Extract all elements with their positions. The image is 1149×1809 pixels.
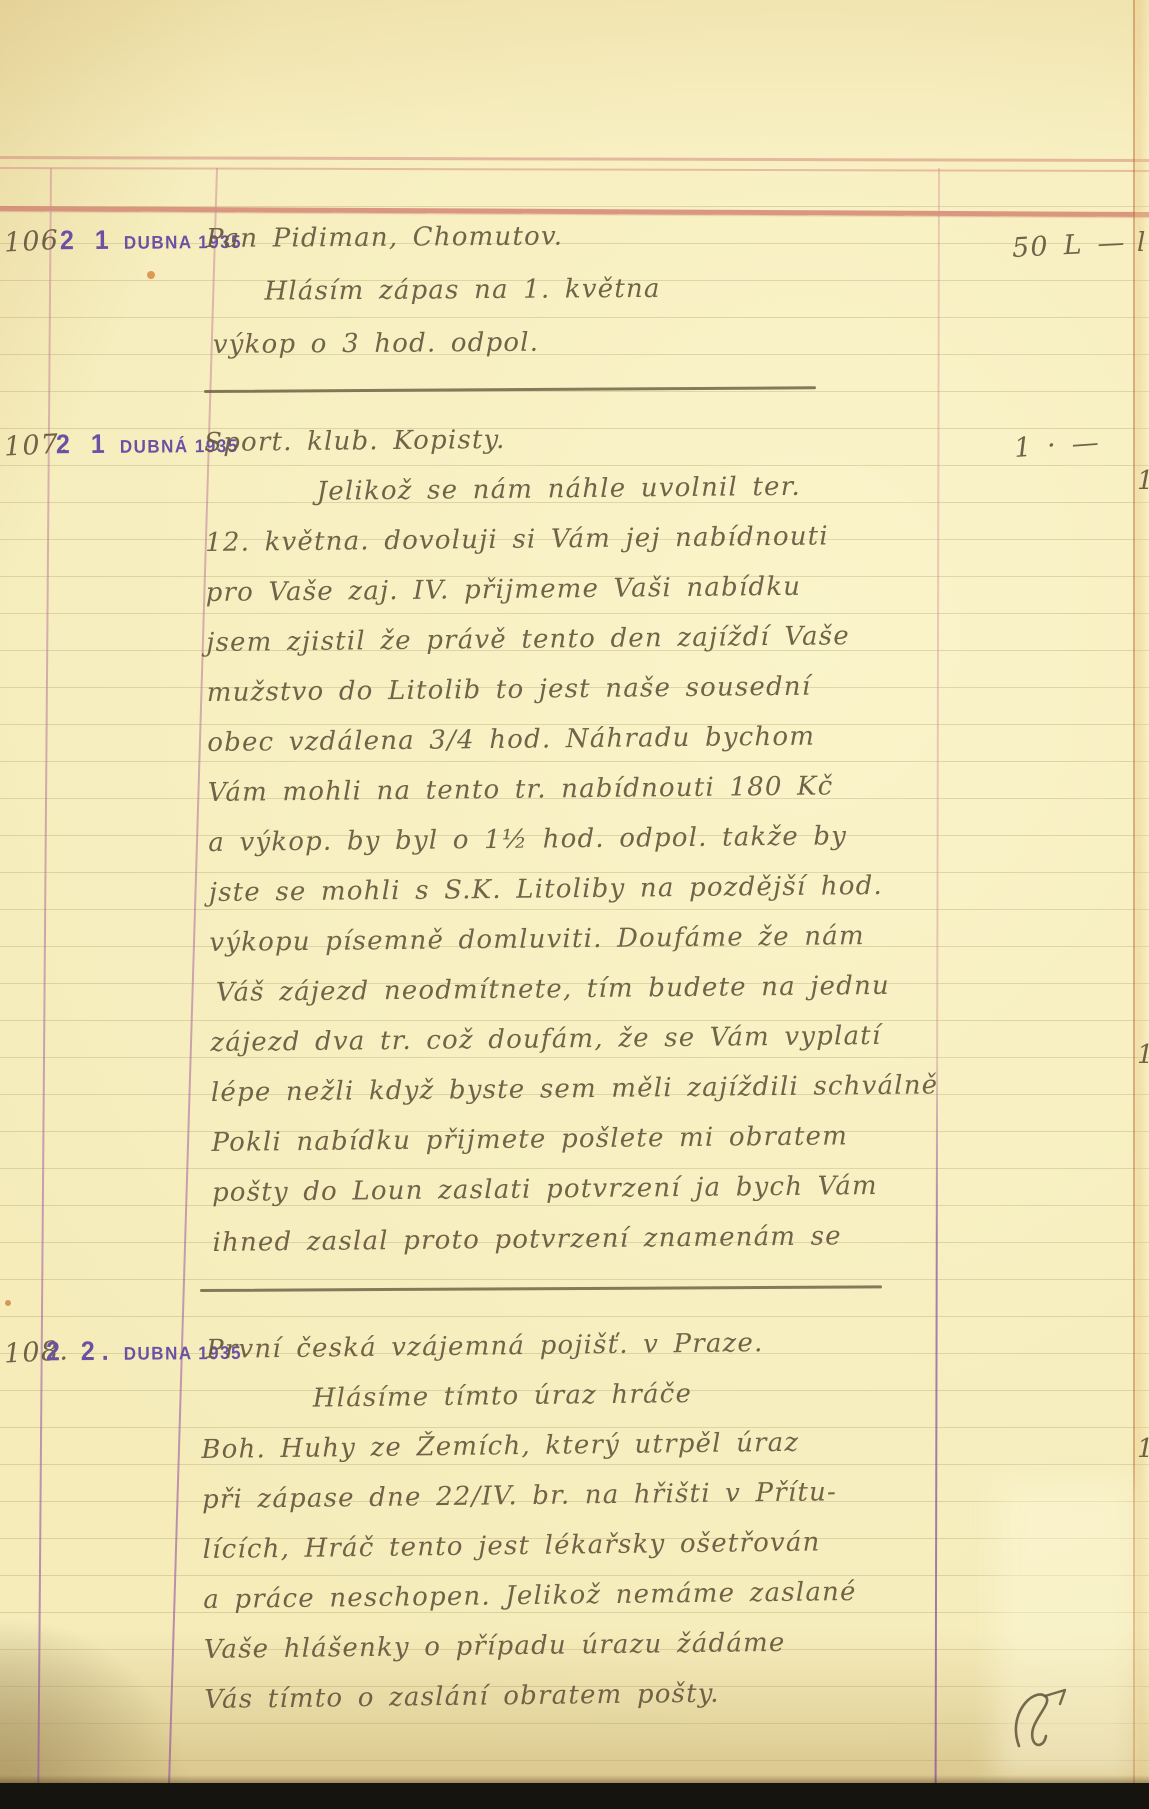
- handwritten-line: 12. května. dovoluji si Vám jej nabídnou…: [205, 520, 933, 578]
- page-edge: [1133, 0, 1149, 1809]
- handwritten-line: Hlásím zápas na 1. května: [206, 274, 660, 330]
- header-rule-thin-bottom: [0, 167, 1149, 172]
- handwritten-line: Hlásíme tímto úraz hráče: [201, 1377, 855, 1435]
- handwritten-line: obec vzdálena 3/4 hod. Náhradu bychom: [207, 720, 935, 778]
- handwritten-line: pro Vaše zaj. IV. přijmeme Vaši nabídku: [206, 570, 934, 628]
- edge-cutoff-mark: 1/: [1137, 466, 1149, 496]
- stamp-day: 2 1: [60, 225, 116, 256]
- handwritten-line: výkop o 3 hod. odpol.: [207, 327, 661, 383]
- amount-value: 1 · —: [1013, 427, 1101, 464]
- handwritten-line: Vaše hlášenky o případu úrazu žádáme: [204, 1627, 858, 1685]
- handwritten-line: Sport. klub. Kopisty.: [204, 420, 932, 478]
- handwritten-line: První česká vzájemná pojišť. v Praze.: [200, 1327, 854, 1385]
- entry-text: Pan Pidiman, Chomutov. Hlásím zápas na 1…: [206, 221, 661, 383]
- entry-separator: [204, 386, 816, 393]
- entry-separator: [200, 1285, 882, 1292]
- entry-text: Sport. klub. Kopisty. Jelikož se nám náh…: [204, 420, 940, 1278]
- stamp-day: 2 2.: [46, 1336, 116, 1367]
- amount-value: 50 L —: [1011, 227, 1126, 264]
- handwritten-line: pošty do Loun zaslati potvrzení ja bych …: [212, 1170, 940, 1228]
- handwritten-line: mužstvo do Litolib to jest naše sousední: [207, 670, 935, 728]
- stamp-day: 2 1: [56, 429, 112, 460]
- edge-cutoff-mark: l: [1137, 228, 1149, 258]
- handwritten-line: Vám mohli na tento tr. nabídnouti 180 Kč: [208, 770, 936, 828]
- handwritten-line: při zápase dne 22/IV. br. na hřišti v Př…: [202, 1477, 856, 1535]
- handwritten-line: Boh. Huhy ze Žemích, který utrpěl úraz: [201, 1427, 855, 1485]
- handwritten-line: jsem zjistil že právě tento den zajíždí …: [206, 620, 934, 678]
- header-rule-thin-top: [0, 156, 1149, 162]
- handwritten-line: a výkop. by byl o 1½ hod. odpol. takže b…: [208, 820, 936, 878]
- handwritten-line: jste se mohli s S.K. Litoliby na pozdějš…: [209, 870, 937, 928]
- handwritten-line: a práce neschopen. Jelikož nemáme zaslan…: [203, 1577, 857, 1635]
- handwritten-line: ihned zaslal proto potvrzení znamenám se: [212, 1220, 940, 1278]
- paraph-flourish: [1003, 1684, 1077, 1752]
- handwritten-line: Váš zájezd neodmítnete, tím budete na je…: [210, 970, 938, 1028]
- edge-cutoff-mark: 1/: [1137, 1040, 1149, 1070]
- edge-cutoff-mark: 1/: [1137, 1434, 1149, 1464]
- header-rule-thick: [0, 206, 1149, 217]
- ink-speck: [5, 1300, 11, 1306]
- handwritten-line: Pokli nabídku přijmete pošlete mi obrate…: [211, 1120, 939, 1178]
- scan-black-edge: [0, 1783, 1149, 1809]
- handwritten-line: Vás tímto o zaslání obratem pošty.: [204, 1677, 858, 1735]
- entry-text: První česká vzájemná pojišť. v Praze. Hl…: [200, 1327, 858, 1735]
- handwritten-line: výkopu písemně domluviti. Doufáme že nám: [209, 920, 937, 978]
- handwritten-line: lépe nežli když byste sem měli zajíždili…: [211, 1070, 939, 1128]
- handwritten-line: Pan Pidiman, Chomutov.: [206, 221, 660, 277]
- ledger-page-scan: 106. 2 1DUBNA 1935 Pan Pidiman, Chomutov…: [0, 0, 1149, 1809]
- handwritten-line: lících, Hráč tento jest lékařsky ošetřov…: [202, 1527, 856, 1585]
- number-column-divider: [37, 168, 52, 1785]
- ink-speck: [147, 271, 155, 279]
- handwritten-line: zájezd dva tr. což doufám, že se Vám vyp…: [210, 1020, 938, 1078]
- handwritten-line: Jelikož se nám náhle uvolnil ter.: [205, 470, 933, 528]
